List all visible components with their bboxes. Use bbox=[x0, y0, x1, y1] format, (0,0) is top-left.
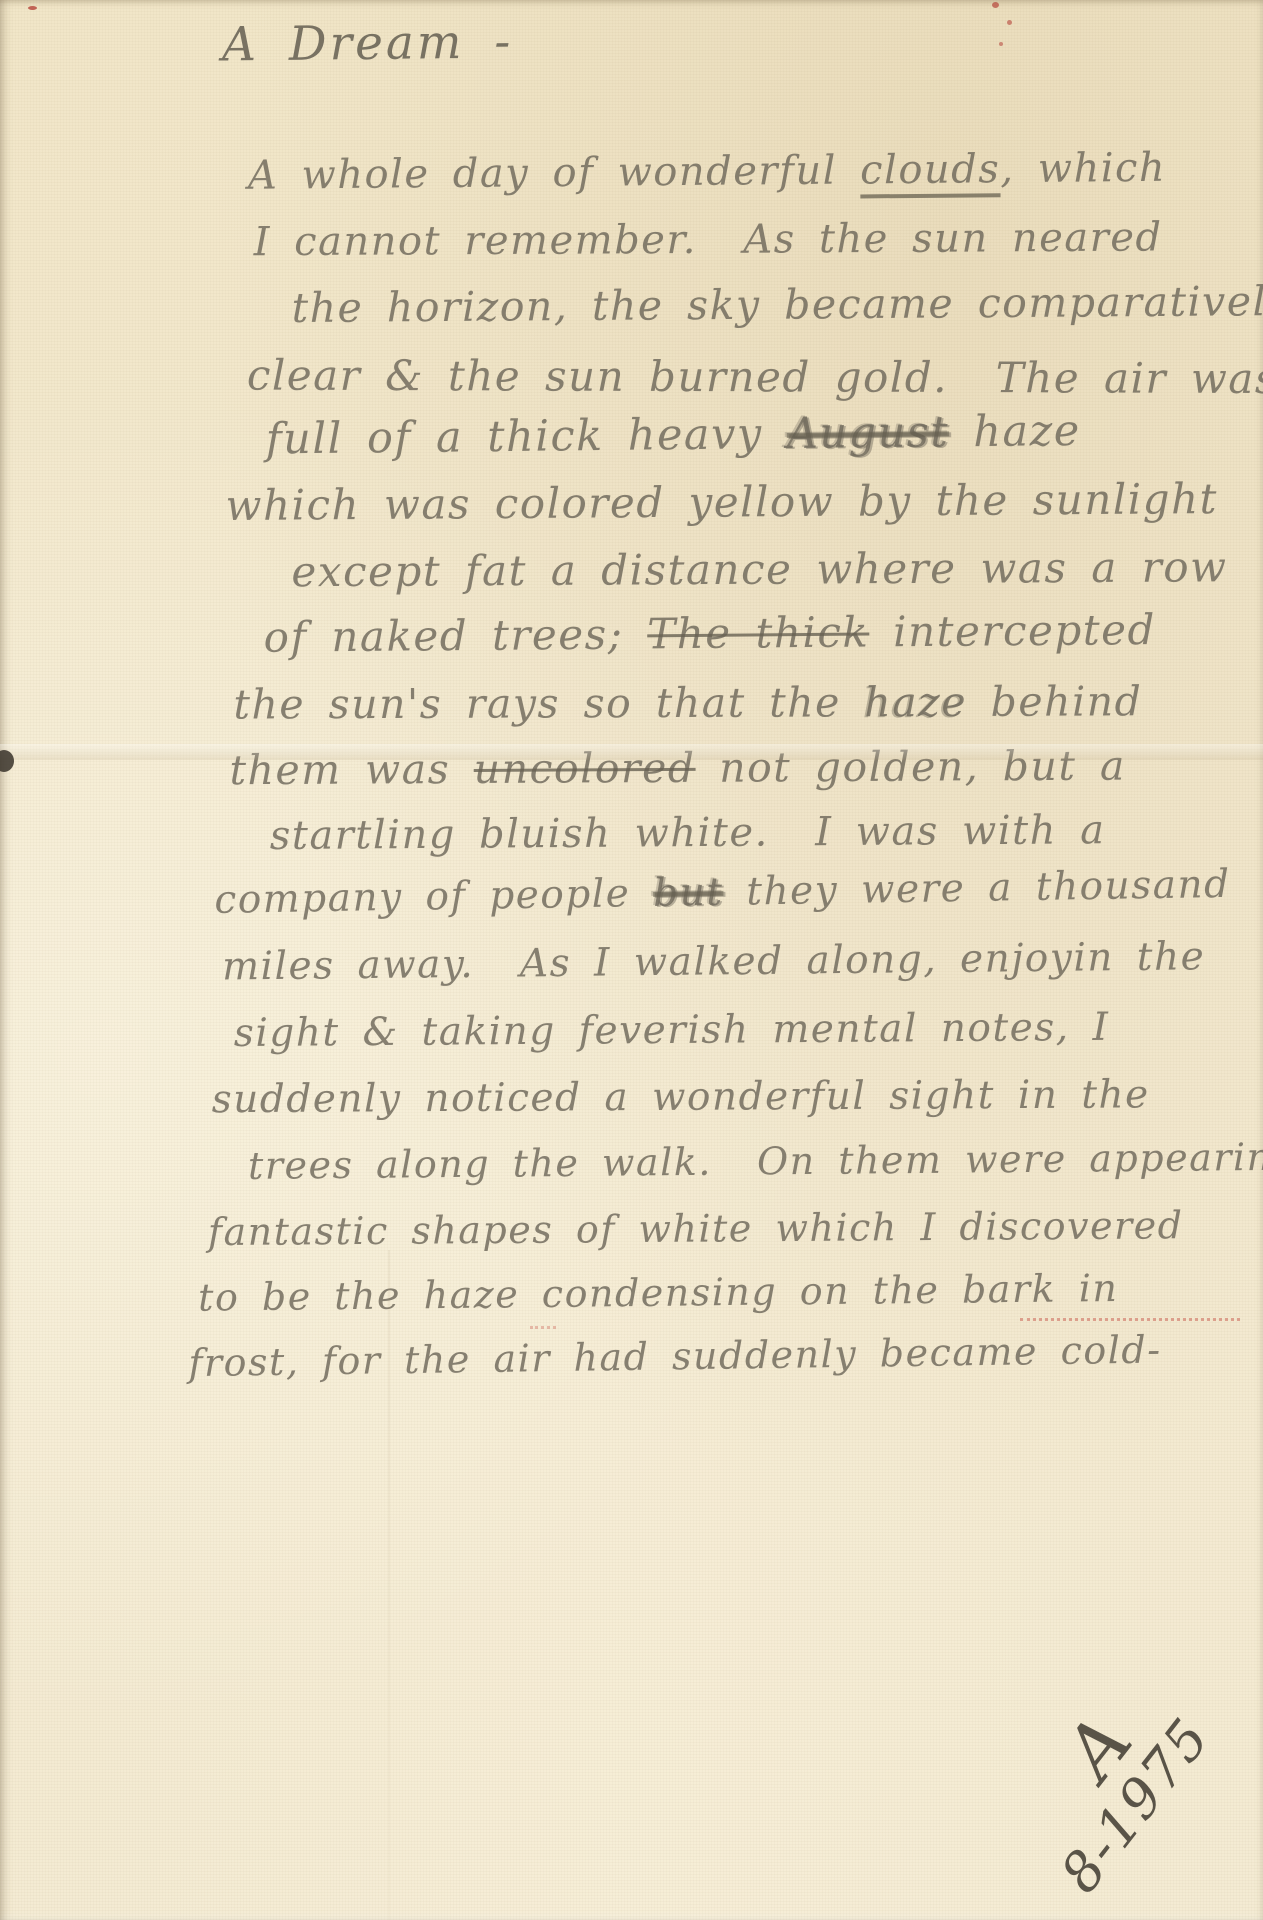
manuscript-line: trees along the walk. On them were appea… bbox=[112, 1058, 1263, 1134]
manuscript-line: which was colored yellow by the sunlight bbox=[82, 400, 1263, 474]
page-title: A Dream - bbox=[222, 14, 514, 72]
manuscript-line: A whole day of wonderful clouds, which bbox=[108, 68, 1263, 144]
red-dotted-mark bbox=[1020, 1318, 1240, 1321]
manuscript-body: A whole day of wonderful clouds, which I… bbox=[0, 78, 1263, 1332]
manuscript-line: them was uncolored not golden, but a bbox=[88, 666, 1263, 738]
manuscript-line: miles away. As I walked along, enjoyin t… bbox=[84, 858, 1263, 936]
manuscript-line: the horizon, the sky became comparativel… bbox=[150, 202, 1263, 276]
red-ink-speck bbox=[999, 42, 1003, 46]
manuscript-line: except fat a distance where was a row bbox=[148, 468, 1263, 540]
handwritten-text: frost, for the air had suddenly became c… bbox=[188, 1328, 1162, 1386]
red-dotted-mark bbox=[530, 1326, 556, 1329]
manuscript-line: I cannot remember. As the sun neared bbox=[114, 138, 1263, 210]
manuscript-line: full of a thick heavy August haze bbox=[120, 330, 1263, 408]
manuscript-line: of naked trees; The thick intercepted bbox=[120, 530, 1263, 606]
manuscript-line: the sun's rays so that the haze behind bbox=[92, 602, 1263, 672]
manuscript-line: sight & taking feverish mental notes, I bbox=[96, 928, 1263, 1002]
archival-mark: A 8-1975 bbox=[999, 1667, 1226, 1906]
red-ink-speck bbox=[1007, 20, 1012, 25]
red-ink-speck bbox=[992, 2, 999, 8]
manuscript-page: A Dream - A whole day of wonderful cloud… bbox=[0, 0, 1263, 1920]
red-ink-speck bbox=[28, 6, 37, 10]
manuscript-line: suddenly noticed a wonderful sight in th… bbox=[74, 996, 1263, 1068]
